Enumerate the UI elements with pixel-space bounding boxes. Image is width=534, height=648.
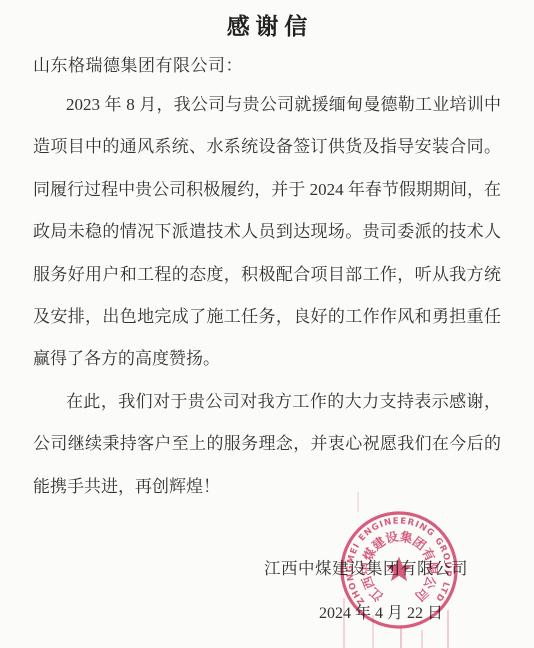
body-line: 在此，我们对于贵公司对我方工作的大力支持表示感谢，希望贵 xyxy=(33,381,501,423)
body-line: 政局未稳的情况下派遣技术人员到达现场。贵司委派的技术人员本着 xyxy=(33,211,501,253)
body-line: 服务好用户和工程的态度，积极配合项目部工作，听从我方统一协调 xyxy=(33,254,501,296)
seal-cn-char: 设 xyxy=(384,529,400,546)
body-line: 能携手共进，再创辉煌！ xyxy=(33,466,501,508)
body-line: 公司继续秉持客户至上的服务理念，并衷心祝愿我们在今后的工作中 xyxy=(33,423,501,465)
body-line: 同履行过程中贵公司积极履约，并于 2024 年春节假期期间，在缅甸 xyxy=(33,169,501,211)
body-line: 造项目中的通风系统、水系统设备签订供货及指导安装合同。供货合 xyxy=(33,126,501,168)
seal-cn-char: 限 xyxy=(425,562,440,576)
scanned-letter-page: 感 谢 信 山东格瑞德集团有限公司： 2023 年 8 月，我公司与贵公司就援缅… xyxy=(0,0,534,648)
letter-body: 2023 年 8 月，我公司与贵公司就援缅甸曼德勒工业培训中心改造项目中的通风系… xyxy=(33,84,501,508)
body-line: 赢得了各方的高度赞扬。 xyxy=(33,338,501,380)
letter-title: 感 谢 信 xyxy=(0,8,534,41)
seal-svg: ZHONGMEI ENGINEERING GROUP LTD 江西中煤建设集团有… xyxy=(334,505,464,635)
company-seal-stamp: ZHONGMEI ENGINEERING GROUP LTD 江西中煤建设集团有… xyxy=(334,505,464,635)
body-line: 2023 年 8 月，我公司与贵公司就援缅甸曼德勒工业培训中心改 xyxy=(33,84,501,126)
seal-star-icon xyxy=(386,557,412,582)
body-line: 及安排，出色地完成了施工任务，良好的工作作风和勇担重任的精神， xyxy=(33,296,501,338)
letter-salutation: 山东格瑞德集团有限公司： xyxy=(33,51,243,76)
